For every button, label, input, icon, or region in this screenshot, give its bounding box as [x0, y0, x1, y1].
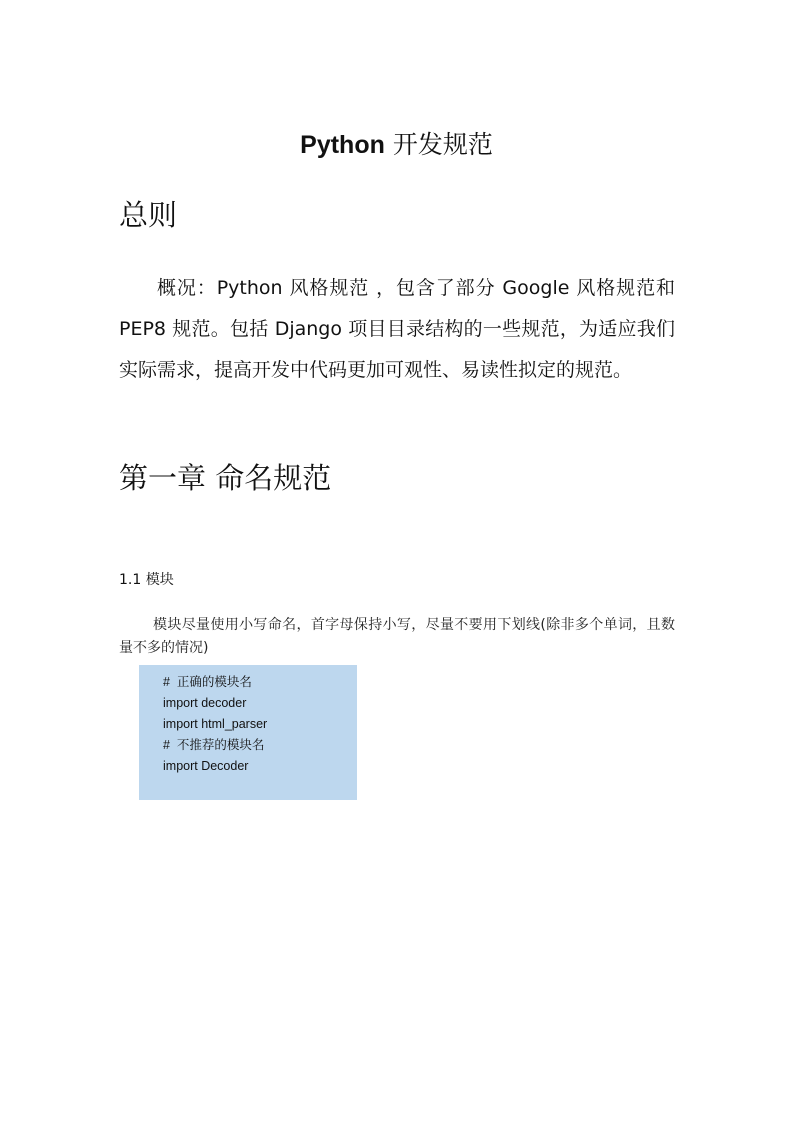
code-line: import html_parser — [163, 714, 267, 735]
document-title-cjk: 开发规范 — [385, 130, 493, 159]
code-block: # 正确的模块名 import decoder import html_pars… — [139, 665, 357, 800]
code-line: # 不推荐的模块名 — [163, 735, 264, 756]
code-line: import Decoder — [163, 756, 248, 777]
code-line: import decoder — [163, 693, 246, 714]
module-naming-paragraph: 模块尽量使用小写命名，首字母保持小写，尽量不要用下划线(除非多个单词，且数量不多… — [119, 614, 675, 660]
heading-general: 总则 — [119, 196, 177, 234]
document-page: Python 开发规范 总则 概况：Python 风格规范 ，包含了部分 Goo… — [0, 0, 793, 1122]
heading-chapter-1: 第一章 命名规范 — [119, 459, 331, 497]
document-title-latin: Python — [300, 131, 385, 159]
heading-section-1-1: 1.1 模块 — [119, 570, 174, 590]
overview-paragraph: 概况：Python 风格规范 ，包含了部分 Google 风格规范和 PEP8 … — [119, 268, 675, 391]
document-title: Python 开发规范 — [0, 128, 793, 162]
code-line: # 正确的模块名 — [163, 672, 252, 693]
